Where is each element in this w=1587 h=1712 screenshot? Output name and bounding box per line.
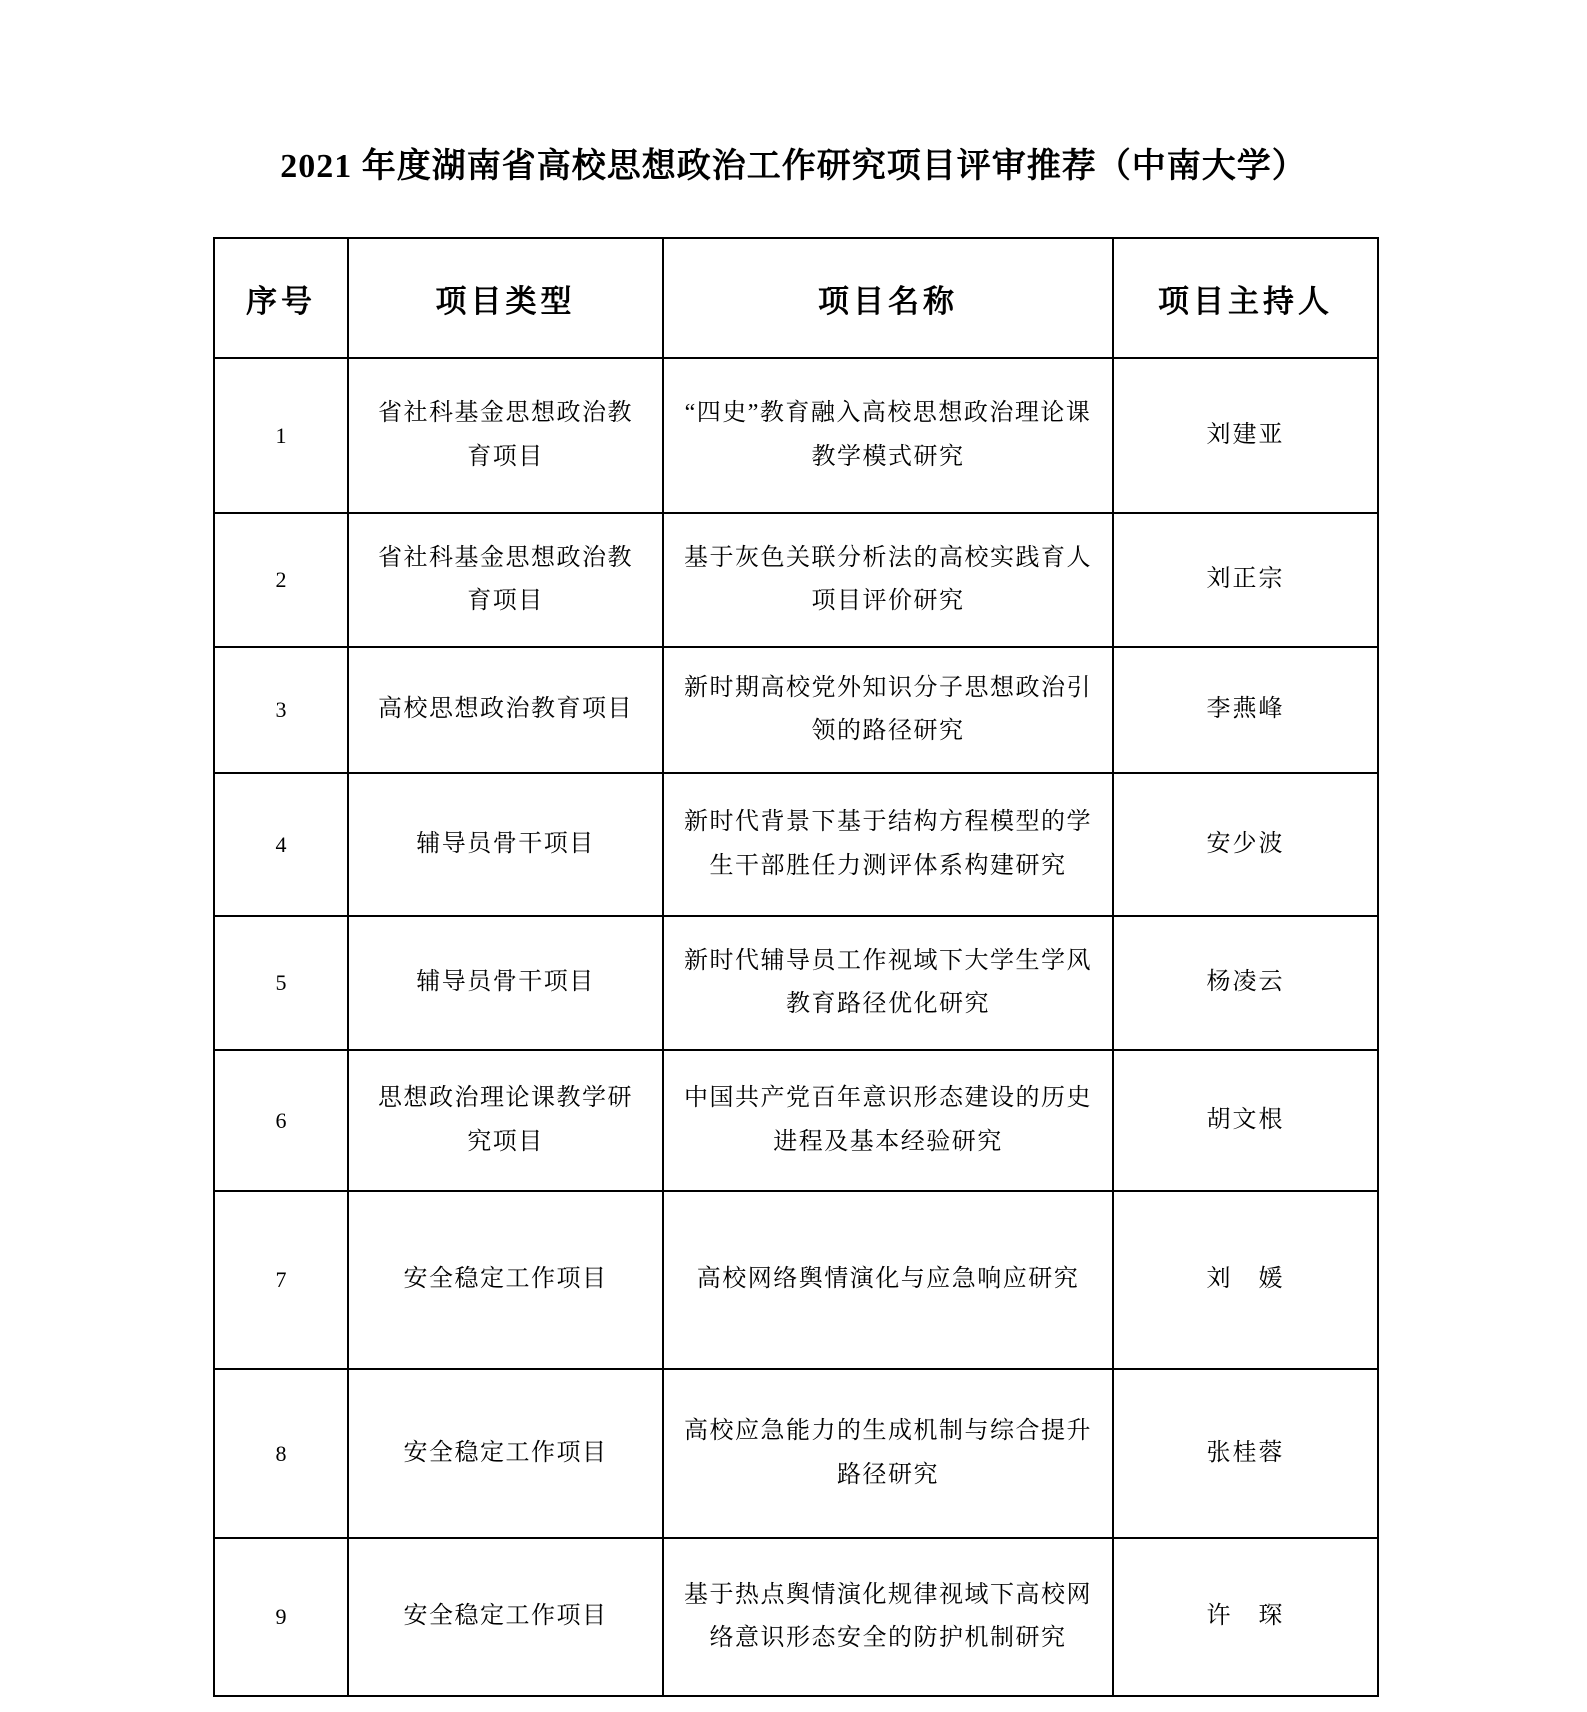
table-row: 4 辅导员骨干项目 新时代背景下基于结构方程模型的学生干部胜任力测评体系构建研究…: [214, 773, 1378, 916]
table-row: 5 辅导员骨干项目 新时代辅导员工作视域下大学生学风教育路径优化研究 杨凌云: [214, 916, 1378, 1050]
table-row: 1 省社科基金思想政治教育项目 “四史”教育融入高校思想政治理论课教学模式研究 …: [214, 358, 1378, 513]
column-header-leader: 项目主持人: [1113, 238, 1378, 358]
cell-type: 省社科基金思想政治教育项目: [348, 513, 663, 647]
projects-table: 序号 项目类型 项目名称 项目主持人 1 省社科基金思想政治教育项目 “四史”教…: [213, 237, 1379, 1697]
cell-no: 2: [214, 513, 348, 647]
cell-leader: 胡文根: [1113, 1050, 1378, 1191]
column-header-no: 序号: [214, 238, 348, 358]
cell-name: “四史”教育融入高校思想政治理论课教学模式研究: [663, 358, 1113, 513]
cell-name: 高校应急能力的生成机制与综合提升路径研究: [663, 1369, 1113, 1538]
table-row: 3 高校思想政治教育项目 新时期高校党外知识分子思想政治引领的路径研究 李燕峰: [214, 647, 1378, 773]
cell-no: 9: [214, 1538, 348, 1696]
cell-name: 基于热点舆情演化规律视域下高校网络意识形态安全的防护机制研究: [663, 1538, 1113, 1696]
cell-leader: 杨凌云: [1113, 916, 1378, 1050]
cell-leader: 张桂蓉: [1113, 1369, 1378, 1538]
cell-type: 辅导员骨干项目: [348, 773, 663, 916]
cell-no: 7: [214, 1191, 348, 1369]
cell-leader: 安少波: [1113, 773, 1378, 916]
cell-leader: 刘正宗: [1113, 513, 1378, 647]
cell-no: 6: [214, 1050, 348, 1191]
table-row: 2 省社科基金思想政治教育项目 基于灰色关联分析法的高校实践育人项目评价研究 刘…: [214, 513, 1378, 647]
cell-no: 8: [214, 1369, 348, 1538]
cell-type: 思想政治理论课教学研究项目: [348, 1050, 663, 1191]
table-row: 9 安全稳定工作项目 基于热点舆情演化规律视域下高校网络意识形态安全的防护机制研…: [214, 1538, 1378, 1696]
column-header-name: 项目名称: [663, 238, 1113, 358]
cell-leader: 刘建亚: [1113, 358, 1378, 513]
cell-leader: 刘 媛: [1113, 1191, 1378, 1369]
cell-name: 新时代背景下基于结构方程模型的学生干部胜任力测评体系构建研究: [663, 773, 1113, 916]
cell-name: 新时期高校党外知识分子思想政治引领的路径研究: [663, 647, 1113, 773]
column-header-type: 项目类型: [348, 238, 663, 358]
cell-no: 5: [214, 916, 348, 1050]
table-row: 8 安全稳定工作项目 高校应急能力的生成机制与综合提升路径研究 张桂蓉: [214, 1369, 1378, 1538]
table-row: 7 安全稳定工作项目 高校网络舆情演化与应急响应研究 刘 媛: [214, 1191, 1378, 1369]
cell-leader: 李燕峰: [1113, 647, 1378, 773]
cell-type: 安全稳定工作项目: [348, 1538, 663, 1696]
page-title: 2021 年度湖南省高校思想政治工作研究项目评审推荐（中南大学）: [0, 138, 1587, 187]
cell-name: 中国共产党百年意识形态建设的历史进程及基本经验研究: [663, 1050, 1113, 1191]
cell-type: 省社科基金思想政治教育项目: [348, 358, 663, 513]
cell-name: 新时代辅导员工作视域下大学生学风教育路径优化研究: [663, 916, 1113, 1050]
cell-no: 1: [214, 358, 348, 513]
table-row: 6 思想政治理论课教学研究项目 中国共产党百年意识形态建设的历史进程及基本经验研…: [214, 1050, 1378, 1191]
cell-name: 基于灰色关联分析法的高校实践育人项目评价研究: [663, 513, 1113, 647]
cell-type: 辅导员骨干项目: [348, 916, 663, 1050]
cell-type: 安全稳定工作项目: [348, 1369, 663, 1538]
cell-no: 3: [214, 647, 348, 773]
header-row: 序号 项目类型 项目名称 项目主持人: [214, 238, 1378, 358]
cell-no: 4: [214, 773, 348, 916]
cell-type: 高校思想政治教育项目: [348, 647, 663, 773]
cell-name: 高校网络舆情演化与应急响应研究: [663, 1191, 1113, 1369]
cell-type: 安全稳定工作项目: [348, 1191, 663, 1369]
cell-leader: 许 琛: [1113, 1538, 1378, 1696]
